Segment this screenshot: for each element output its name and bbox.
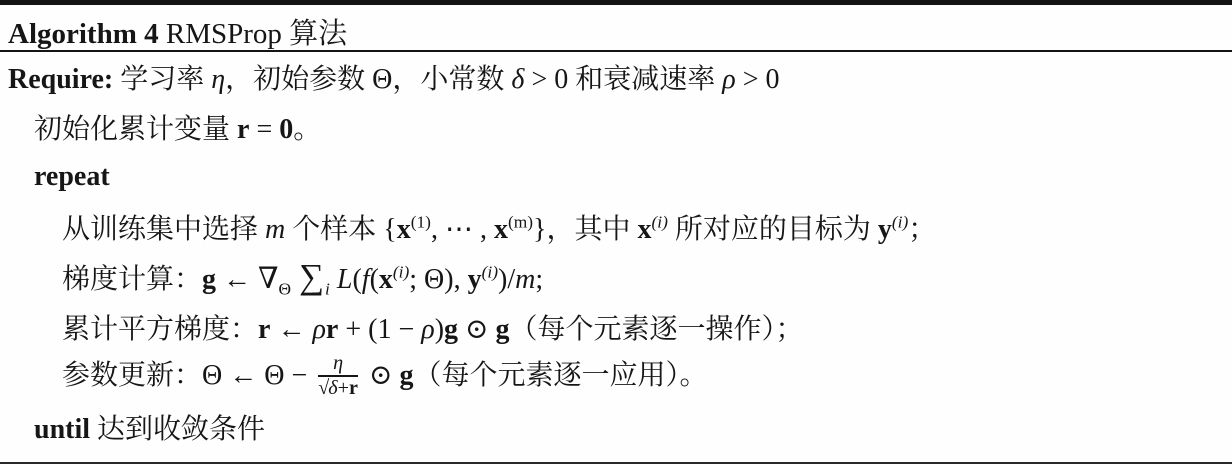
nabla-operator: ∇ <box>258 263 279 295</box>
left-arrow: ← <box>270 314 312 345</box>
superscript-i: (i) <box>393 263 409 282</box>
gradient-text-3: )/ <box>498 264 515 295</box>
math-delta: δ <box>511 64 524 95</box>
superscript-i: (i) <box>482 263 498 282</box>
until-line: until 达到收敛条件 <box>0 402 1232 452</box>
accumulate-label: 累计平方梯度： <box>62 314 258 345</box>
fraction: η√δ+r <box>318 353 358 399</box>
accumulate-note: （每个元素逐一操作）； <box>510 314 804 345</box>
math-theta: Θ <box>372 64 392 95</box>
repeat-keyword: repeat <box>34 161 110 193</box>
sample-line: 从训练集中选择 m 个样本 {x(1), ⋯ ,x(m)}，其中 x(i) 所对… <box>0 202 1232 252</box>
superscript-1: (1) <box>411 213 431 232</box>
fraction-numerator-eta: η <box>318 353 358 377</box>
summation-operator: ∑ <box>298 257 325 296</box>
require-line: Require: 学习率 η，初始参数 Θ，小常数 δ > 0 和衰减速率 ρ … <box>0 52 1232 102</box>
math-y-bold: y <box>878 214 892 245</box>
gradient-label: 梯度计算： <box>62 264 202 295</box>
math-g-bold: g <box>399 360 413 391</box>
odot-operator: ⊙ <box>458 314 495 345</box>
odot-operator: ⊙ <box>362 360 399 391</box>
paren: ( <box>352 264 361 295</box>
init-text-2: 。 <box>293 114 321 145</box>
math-r-bold: r <box>349 377 358 399</box>
superscript-i: (i) <box>892 213 908 232</box>
math-m: m <box>265 214 285 245</box>
math-g-bold: g <box>496 314 510 345</box>
gradient-line: 梯度计算：g ← ∇Θ∑iL(f(x(i); Θ), y(i))/m; <box>0 252 1232 302</box>
math-x-bold: x <box>397 214 411 245</box>
sample-text-5: ； <box>908 214 936 245</box>
algorithm-title: RMSProp 算法 <box>159 18 348 50</box>
sample-dots: , ⋯ , <box>431 214 487 245</box>
math-g-bold: g <box>202 264 216 295</box>
math-zero-bold: 0 <box>279 114 293 145</box>
until-condition: 达到收敛条件 <box>90 414 265 445</box>
init-text-1: 初始化累计变量 <box>34 114 237 145</box>
require-text-4: > 0 和衰减速率 <box>524 64 722 95</box>
math-L: L <box>337 264 353 295</box>
math-m: m <box>515 264 535 295</box>
paren: ( <box>370 264 379 295</box>
math-r-bold: r <box>258 314 270 345</box>
sample-text-2: 个样本 { <box>285 214 396 245</box>
require-text-5: > 0 <box>736 64 780 95</box>
math-g-bold: g <box>444 314 458 345</box>
math-x-bold: x <box>494 214 508 245</box>
math-f: f <box>362 264 370 295</box>
sample-text-4: 所对应的目标为 <box>668 214 878 245</box>
require-text-1: 学习率 <box>113 64 211 95</box>
sample-text-1: 从训练集中选择 <box>62 214 265 245</box>
algorithm-number-keyword: Algorithm 4 <box>8 18 159 50</box>
math-r-bold: r <box>326 314 338 345</box>
require-text-3: ，小常数 <box>392 64 511 95</box>
math-y-bold: y <box>468 264 482 295</box>
math-eta: η <box>211 64 225 95</box>
update-line: 参数更新：Θ ← Θ − η√δ+r ⊙ g（每个元素逐一应用）。 <box>0 352 1232 402</box>
math-rho: ρ <box>312 314 325 345</box>
math-rho: ρ <box>421 314 434 345</box>
fraction-denominator: √δ+r <box>318 377 358 399</box>
math-r-bold: r <box>237 114 249 145</box>
sample-text-3: }，其中 <box>533 214 637 245</box>
require-text-2: ，初始参数 <box>225 64 372 95</box>
algorithm-title-row: Algorithm 4 RMSProp 算法 <box>0 5 1232 52</box>
accumulate-text-3: ) <box>435 314 444 345</box>
superscript-m: (m) <box>508 213 533 232</box>
init-equals: = <box>249 114 279 145</box>
update-label: 参数更新：Θ ← Θ − <box>62 360 314 391</box>
gradient-text-2: ; Θ), <box>409 264 467 295</box>
accumulate-line: 累计平方梯度：r ← ρr + (1 − ρ)g ⊙ g（每个元素逐一操作）； <box>0 302 1232 352</box>
math-delta: δ <box>328 377 337 399</box>
accumulate-text-2: + (1 − <box>338 314 421 345</box>
init-line: 初始化累计变量 r = 0。 <box>0 102 1232 152</box>
math-x-bold: x <box>637 214 651 245</box>
math-rho: ρ <box>722 64 735 95</box>
left-arrow: ← <box>216 264 258 295</box>
gradient-semicolon: ; <box>535 264 543 295</box>
sum-subscript-i: i <box>325 280 330 299</box>
superscript-i: (i) <box>651 213 667 232</box>
require-keyword: Require: <box>8 64 113 95</box>
until-keyword: until <box>34 414 90 445</box>
algorithm-box: Algorithm 4 RMSProp 算法 Require: 学习率 η，初始… <box>0 0 1232 464</box>
update-note: （每个元素逐一应用）。 <box>413 360 707 391</box>
math-x-bold: x <box>379 264 393 295</box>
nabla-subscript-theta: Θ <box>279 280 292 299</box>
plus-sign: + <box>338 377 349 399</box>
repeat-line: repeat <box>0 152 1232 202</box>
